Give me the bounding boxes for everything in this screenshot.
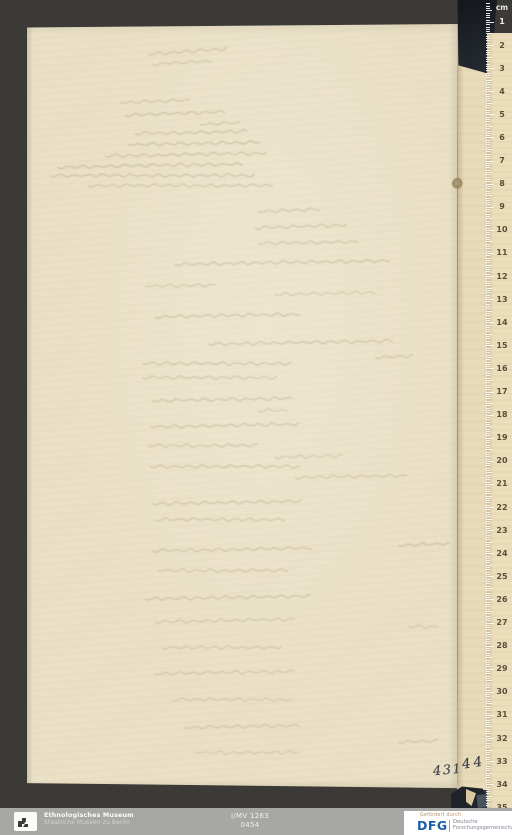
ruler-tick xyxy=(486,304,490,305)
bleedthrough-script-line xyxy=(152,56,212,68)
ruler-number: 34 xyxy=(493,780,511,789)
ruler-tick xyxy=(486,454,490,455)
ruler-tick xyxy=(486,403,492,404)
ruler-tick xyxy=(486,385,490,386)
ruler-tick xyxy=(486,105,490,106)
ruler-tick xyxy=(486,331,490,332)
bleedthrough-script-line xyxy=(152,394,292,405)
ruler-number: 29 xyxy=(493,664,511,673)
ruler-tick xyxy=(486,463,490,464)
bleedthrough-script-line xyxy=(155,310,300,322)
ruler-tick xyxy=(486,31,490,32)
ruler-tick xyxy=(486,343,490,344)
ruler-tick xyxy=(486,248,490,249)
ruler-tick xyxy=(486,47,490,48)
bleedthrough-script-line xyxy=(195,748,300,757)
ruler-number: 26 xyxy=(493,595,511,604)
ruler-tick xyxy=(486,6,490,7)
ruler-tick xyxy=(486,318,490,319)
ruler-tick xyxy=(486,292,490,293)
ruler-tick xyxy=(486,20,490,21)
ruler-tick xyxy=(486,733,490,734)
ruler-tick xyxy=(486,147,490,148)
ruler-tick xyxy=(486,452,490,453)
page-edge-crease xyxy=(457,66,458,784)
ruler-number: 10 xyxy=(493,225,511,234)
ruler-tick xyxy=(486,151,490,152)
ruler-tick xyxy=(486,131,490,132)
ruler-tick xyxy=(486,336,490,337)
ruler-tick xyxy=(486,255,490,256)
ruler-tick xyxy=(486,470,490,471)
ruler-tick xyxy=(486,96,490,97)
ruler-tick xyxy=(486,468,490,469)
ruler-tick xyxy=(486,172,492,173)
ruler-tick xyxy=(486,750,492,751)
ruler-tick xyxy=(486,163,490,164)
ruler-tick xyxy=(486,424,490,425)
ruler-tick xyxy=(486,429,490,430)
ruler-tick xyxy=(486,179,490,180)
ruler-tick xyxy=(486,666,490,667)
institution-subtitle: Staatliche Museen zu Berlin xyxy=(44,820,134,827)
ruler-tick xyxy=(486,61,490,62)
ruler-tick xyxy=(486,539,490,540)
bleedthrough-script-line xyxy=(398,736,438,746)
bleedthrough-script-line xyxy=(158,566,288,575)
ruler-tick xyxy=(486,523,490,524)
ruler-tick xyxy=(486,419,490,420)
ruler-tick xyxy=(486,202,490,203)
ruler-tick xyxy=(486,618,490,619)
ruler-tick xyxy=(486,94,490,95)
ruler-tick xyxy=(486,54,490,55)
ruler-tick xyxy=(486,560,490,561)
bleedthrough-script-line xyxy=(155,615,295,626)
ruler-tick xyxy=(486,382,490,383)
bleedthrough-script-line xyxy=(208,336,393,348)
ruler-tick xyxy=(486,643,490,644)
ruler-number: 11 xyxy=(493,248,511,257)
bleedthrough-script-line xyxy=(162,643,282,652)
ruler-tick xyxy=(486,246,490,247)
ruler-tick xyxy=(486,562,490,563)
bleedthrough-script-line xyxy=(142,373,277,382)
ruler-tick xyxy=(486,389,490,390)
ruler-number: 1 xyxy=(493,17,511,26)
ruler-number: 32 xyxy=(493,734,511,743)
ruler-tick xyxy=(486,241,492,242)
ruler-tick xyxy=(486,66,490,67)
paper-flaw xyxy=(452,178,463,189)
ruler-tick xyxy=(486,549,490,550)
page-stack-edge xyxy=(457,24,487,790)
ruler-tick xyxy=(486,188,490,189)
ruler-tick xyxy=(486,193,490,194)
ruler-tick xyxy=(486,27,490,28)
ruler-number: 14 xyxy=(493,318,511,327)
ruler-tick xyxy=(486,119,490,120)
ruler-tick xyxy=(486,144,490,145)
ink-bleedthrough-layer xyxy=(27,24,457,790)
ruler-tick xyxy=(486,803,490,804)
ruler-tick xyxy=(486,546,490,547)
ruler-tick xyxy=(486,556,490,557)
ruler-tick xyxy=(486,350,490,351)
ruler-tick xyxy=(486,627,490,628)
ruler-tick xyxy=(486,588,492,589)
ruler-tick xyxy=(486,412,490,413)
bleedthrough-script-line xyxy=(275,451,343,461)
ruler-tick xyxy=(486,662,490,663)
ruler-tick xyxy=(486,362,490,363)
ruler-tick xyxy=(486,260,490,261)
ruler-number: 13 xyxy=(493,295,511,304)
ruler-tick xyxy=(486,191,490,192)
ruler-tick xyxy=(486,496,492,497)
ruler-tick xyxy=(486,52,490,53)
ruler-tick xyxy=(486,426,492,427)
ruler-tick xyxy=(486,89,490,90)
ruler-tick xyxy=(486,80,492,81)
ruler-tick xyxy=(486,694,490,695)
ruler-tick xyxy=(486,673,490,674)
ruler-number: 15 xyxy=(493,341,511,350)
bleedthrough-script-line xyxy=(155,667,295,678)
ruler-tick xyxy=(486,724,490,725)
ruler-tick xyxy=(486,149,492,150)
ruler-tick xyxy=(486,408,490,409)
manuscript-page xyxy=(27,24,457,790)
ruler-tick xyxy=(486,685,490,686)
ruler-tick xyxy=(486,641,490,642)
ruler-tick xyxy=(486,609,490,610)
ruler-tick xyxy=(486,43,490,44)
ruler-number: 24 xyxy=(493,549,511,558)
ruler-tick xyxy=(486,526,490,527)
ruler-tick xyxy=(486,431,490,432)
dfg-name-line2: Forschungsgemeinschaft xyxy=(453,825,512,831)
ruler-tick xyxy=(486,519,492,520)
ruler-tick xyxy=(486,417,490,418)
ruler-tick xyxy=(486,796,492,797)
bleedthrough-script-line xyxy=(50,171,255,180)
ruler-tick xyxy=(486,228,490,229)
ruler-tick xyxy=(486,701,490,702)
dfg-logo: Gefördert durch DFG Deutsche Forschungsg… xyxy=(404,811,512,835)
ruler-tick xyxy=(486,98,490,99)
ruler-tick xyxy=(486,664,490,665)
ruler-tick xyxy=(486,75,490,76)
ruler-tick xyxy=(486,234,490,235)
ruler-tick xyxy=(486,680,492,681)
ruler-tick xyxy=(486,708,490,709)
ruler-tick xyxy=(486,17,490,18)
ruler-tick xyxy=(486,581,490,582)
ruler-number: 33 xyxy=(493,757,511,766)
ruler-tick xyxy=(486,107,490,108)
ruler-tick xyxy=(486,512,490,513)
ruler-tick xyxy=(486,505,490,506)
ruler-tick xyxy=(486,747,490,748)
ruler-tick xyxy=(486,297,490,298)
bleedthrough-script-line xyxy=(258,205,320,216)
ruler-tick xyxy=(486,500,490,501)
ruler-tick xyxy=(486,288,492,289)
ruler-tick xyxy=(486,50,490,51)
ruler-tick xyxy=(486,759,490,760)
ruler-tick xyxy=(486,15,490,16)
ruler-number: 16 xyxy=(493,364,511,373)
ruler-tick xyxy=(486,308,490,309)
ruler-tick xyxy=(486,325,490,326)
ruler-tick xyxy=(486,124,490,125)
bleedthrough-script-line xyxy=(295,471,407,482)
ruler-tick xyxy=(486,632,490,633)
ruler-tick xyxy=(486,653,490,654)
bleedthrough-script-line xyxy=(275,288,375,299)
ruler-tick xyxy=(486,329,490,330)
ruler-tick xyxy=(486,743,490,744)
ruler-tick xyxy=(486,59,490,60)
bleedthrough-script-line xyxy=(375,351,413,361)
shelfmark-block: I/MV 1263 0454 xyxy=(190,812,310,830)
institution-name: Ethnologisches Museum xyxy=(44,812,134,820)
ruler-tick xyxy=(486,352,490,353)
ruler-tick xyxy=(486,186,490,187)
ruler-tick xyxy=(486,24,490,25)
ruler-number: 12 xyxy=(493,272,511,281)
ruler-tick xyxy=(486,757,490,758)
bleedthrough-script-line xyxy=(175,256,390,269)
ruler-tick xyxy=(486,290,490,291)
ruler-tick xyxy=(486,214,490,215)
ruler-tick xyxy=(486,720,490,721)
ruler-tick xyxy=(486,334,492,335)
ruler-tick xyxy=(486,218,492,219)
ruler-tick xyxy=(486,768,490,769)
ruler-tick xyxy=(486,366,490,367)
ruler-number: 20 xyxy=(493,456,511,465)
ruler-tick xyxy=(486,731,490,732)
ruler-tick xyxy=(486,489,490,490)
ruler-tick xyxy=(486,569,490,570)
folio-number: 431 xyxy=(432,762,463,779)
ruler-tick xyxy=(486,800,490,801)
ruler-tick xyxy=(486,265,492,266)
bleedthrough-script-line xyxy=(155,515,285,524)
ruler-tick xyxy=(486,283,490,284)
ruler-number: 3 xyxy=(493,64,511,73)
ruler-number: 4 xyxy=(493,87,511,96)
ruler-tick xyxy=(486,583,490,584)
ruler-tick xyxy=(486,378,490,379)
ruler-tick xyxy=(486,604,490,605)
ruler-tick xyxy=(486,380,492,381)
ruler-tick xyxy=(486,315,490,316)
dfg-acronym: DFG xyxy=(417,818,448,833)
bleedthrough-script-line xyxy=(128,138,260,149)
ruler-tick xyxy=(486,117,490,118)
ruler-tick xyxy=(486,544,490,545)
ruler-tick xyxy=(486,611,492,612)
ruler-tick xyxy=(486,597,490,598)
ruler-tick xyxy=(486,606,490,607)
ruler-tick xyxy=(486,195,492,196)
ruler-tick xyxy=(486,456,490,457)
ruler-tick xyxy=(486,70,490,71)
ruler-tick xyxy=(486,565,492,566)
ruler-unit-label: cm xyxy=(493,3,511,12)
ruler-tick xyxy=(486,112,490,113)
ruler-tick xyxy=(486,620,490,621)
ruler-tick xyxy=(486,170,490,171)
bleedthrough-script-line xyxy=(125,107,225,119)
ruler-tick xyxy=(486,313,490,314)
ruler-tick xyxy=(486,232,490,233)
ruler-tick xyxy=(486,10,492,11)
ruler-number: 27 xyxy=(493,618,511,627)
ruler-tick xyxy=(486,521,490,522)
ruler-tick xyxy=(486,729,490,730)
ruler-tick xyxy=(486,491,490,492)
ruler-tick xyxy=(486,373,490,374)
ruler-tick xyxy=(486,696,490,697)
ruler-tick xyxy=(486,73,490,74)
ruler-tick xyxy=(486,154,490,155)
ruler-tick xyxy=(486,181,490,182)
ruler-tick xyxy=(486,267,490,268)
ruler-tick xyxy=(486,133,490,134)
ruler-number: 31 xyxy=(493,710,511,719)
ruler-tick xyxy=(486,442,490,443)
bleedthrough-script-line xyxy=(150,462,300,471)
ruler-tick xyxy=(486,204,490,205)
ruler-tick xyxy=(486,375,490,376)
bleedthrough-script-line xyxy=(58,159,243,171)
ruler-tick xyxy=(486,103,492,104)
bleedthrough-script-line xyxy=(148,441,258,450)
bleedthrough-script-line xyxy=(145,280,215,290)
ruler-tick xyxy=(486,805,490,806)
ruler-tick xyxy=(486,706,490,707)
ruler-tick xyxy=(486,542,492,543)
ruler-tick xyxy=(486,100,490,101)
ruler-tick xyxy=(486,396,490,397)
bleedthrough-script-line xyxy=(142,359,292,368)
ruler-tick xyxy=(486,567,490,568)
ruler-tick xyxy=(486,740,490,741)
ruler-tick xyxy=(486,493,490,494)
bleedthrough-script-line xyxy=(185,721,300,732)
ruler-tick xyxy=(486,262,490,263)
ruler-tick xyxy=(486,64,490,65)
bleedthrough-script-line xyxy=(152,544,312,556)
ruler-tick xyxy=(486,327,490,328)
ruler-tick xyxy=(486,713,490,714)
ruler-tick xyxy=(486,174,490,175)
ruler-tick xyxy=(486,281,490,282)
ruler-tick xyxy=(486,167,490,168)
ruler-number: 18 xyxy=(493,410,511,419)
ruler-tick xyxy=(486,82,490,83)
shelfmark: I/MV 1263 xyxy=(190,812,310,821)
ruler-tick xyxy=(486,532,490,533)
ruler-number: 19 xyxy=(493,433,511,442)
ruler-number: 7 xyxy=(493,156,511,165)
ruler-tick xyxy=(486,364,490,365)
ruler-tick xyxy=(486,121,490,122)
ruler-tick xyxy=(486,793,490,794)
ruler-tick xyxy=(486,422,490,423)
ruler-tick xyxy=(486,165,490,166)
ruler-tick xyxy=(486,616,490,617)
ruler-number: 21 xyxy=(493,479,511,488)
ruler-tick xyxy=(486,269,490,270)
museum-logo-mark xyxy=(14,812,37,831)
ruler-tick xyxy=(486,320,490,321)
ruler-number: 9 xyxy=(493,202,511,211)
ruler-tick xyxy=(486,754,490,755)
ruler-tick xyxy=(486,780,490,781)
bleedthrough-script-line xyxy=(148,44,228,59)
ruler-tick xyxy=(486,278,490,279)
scan-number: 0454 xyxy=(190,821,310,830)
ruler-tick xyxy=(486,142,490,143)
ruler-number: 23 xyxy=(493,526,511,535)
bleedthrough-script-line xyxy=(152,497,302,509)
ruler-tick xyxy=(486,371,490,372)
ruler-tick xyxy=(486,775,490,776)
metadata-bar: Ethnologisches Museum Staatliche Museen … xyxy=(0,808,512,835)
ruler-number: 30 xyxy=(493,687,511,696)
ruler-tick xyxy=(486,639,490,640)
ruler-tick xyxy=(486,440,490,441)
ruler-tick xyxy=(486,537,490,538)
ruler-tick xyxy=(486,502,490,503)
ruler-tick xyxy=(486,636,490,637)
ruler-tick xyxy=(486,595,490,596)
ruler-tick xyxy=(486,221,490,222)
ruler-tick xyxy=(486,38,490,39)
ruler-tick xyxy=(486,752,490,753)
ruler-number: 5 xyxy=(493,110,511,119)
ruler-tick xyxy=(486,528,490,529)
ruler-tick xyxy=(486,57,492,58)
ruler-tick xyxy=(486,472,492,473)
bleedthrough-script-line xyxy=(172,695,292,704)
ruler-tick xyxy=(486,514,490,515)
ruler-tick xyxy=(486,789,490,790)
ruler-tick xyxy=(486,244,490,245)
ruler-tick xyxy=(486,655,490,656)
ruler-tick xyxy=(486,710,490,711)
ruler-tick xyxy=(486,87,490,88)
ruler-tick xyxy=(486,791,490,792)
ruler: cm 1234567891011121314151617181920212223… xyxy=(486,0,512,835)
ruler-tick xyxy=(486,216,490,217)
ruler-tick xyxy=(486,479,490,480)
ruler-tick xyxy=(486,486,490,487)
ruler-tick xyxy=(486,629,490,630)
ruler-tick xyxy=(486,678,490,679)
ruler-tick xyxy=(486,401,490,402)
ruler-tick xyxy=(486,586,490,587)
ruler-tick xyxy=(486,29,490,30)
dfg-divider xyxy=(449,820,450,832)
ruler-tick xyxy=(486,40,490,41)
ruler-tick xyxy=(486,766,490,767)
